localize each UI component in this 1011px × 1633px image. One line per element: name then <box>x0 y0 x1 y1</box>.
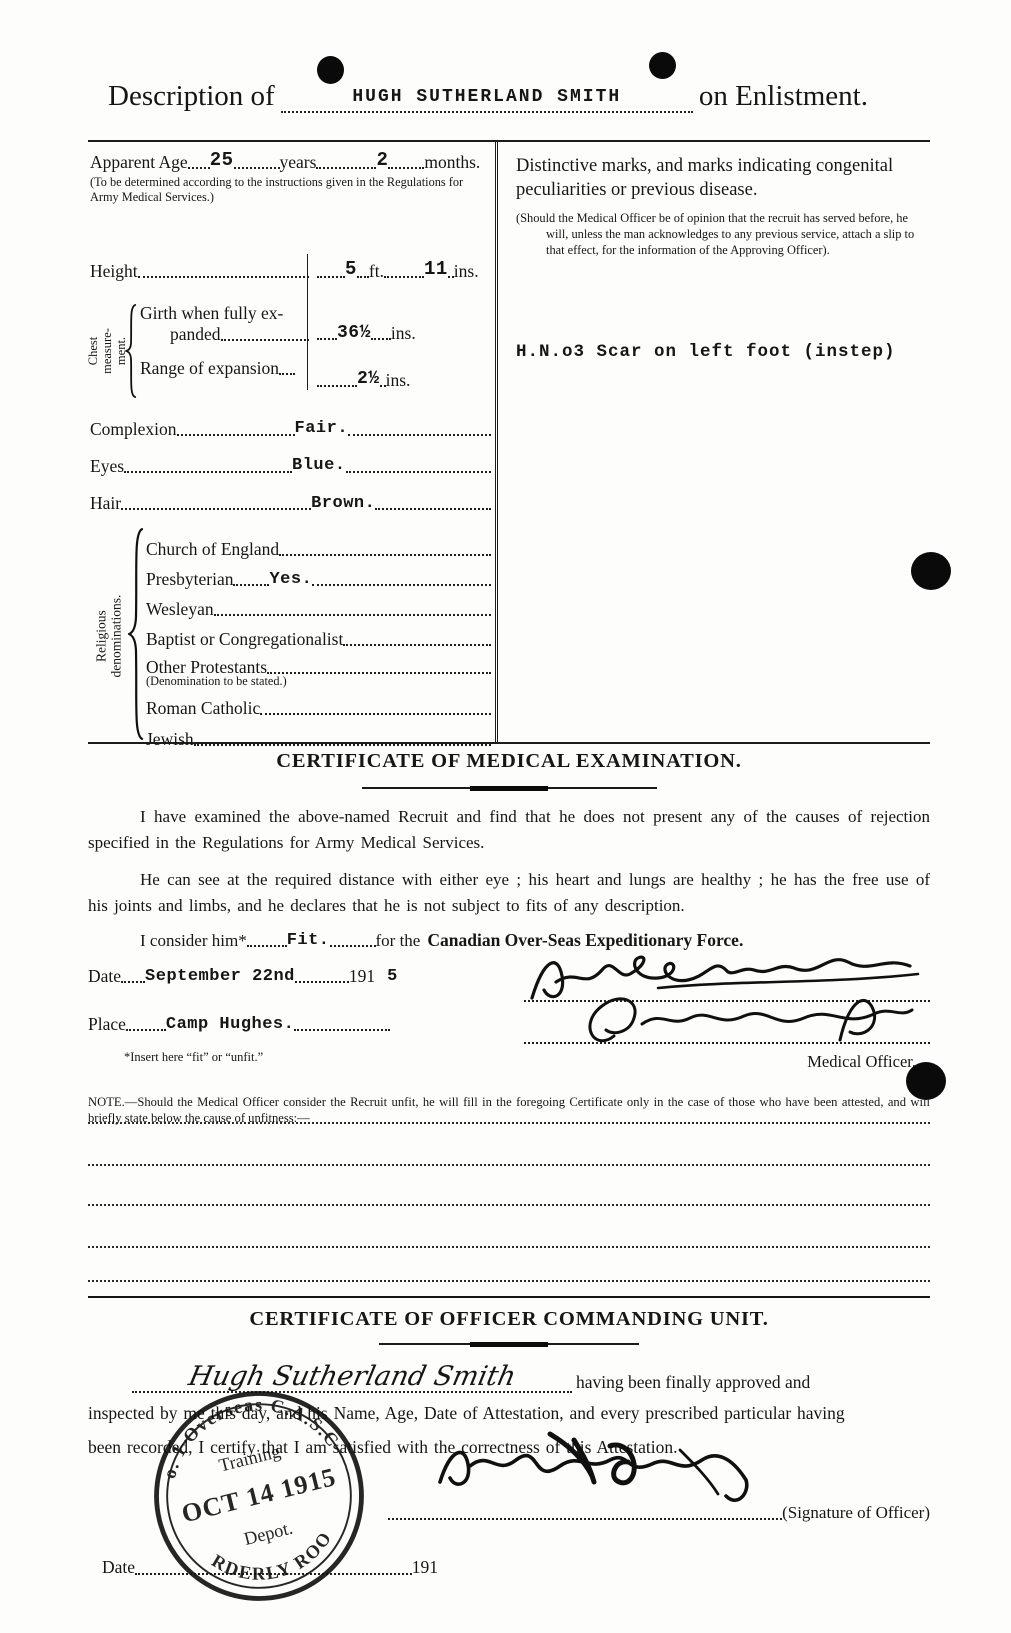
dotted-leader <box>317 385 357 387</box>
consider-prefix: I consider him* <box>140 931 247 951</box>
description-left-column: Apparent Age 25 years 2 months. (To be d… <box>88 142 495 742</box>
religion-group-label: Religious denominations. <box>93 595 123 678</box>
chest-measurement-group: Chest measure- ment. Girth when fully ex… <box>90 303 491 399</box>
medical-paragraph-2: He can see at the required distance with… <box>88 867 930 918</box>
ins-label: ins. <box>454 261 479 281</box>
stamp-line-depot: Depot. <box>242 1518 295 1549</box>
dotted-leader <box>317 276 345 278</box>
ft-label: ft. <box>369 261 384 281</box>
height-inches-value: 11 <box>424 259 448 281</box>
dotted-leader <box>177 434 295 436</box>
approved-line-suffix: having been finally approved and <box>572 1372 810 1393</box>
girth-label-line2: panded <box>170 324 221 344</box>
recruit-name-typed: HUGH SUTHERLAND SMITH <box>281 87 693 113</box>
age-years-value: 25 <box>210 150 234 172</box>
hair-row: Hair Brown. <box>90 493 491 513</box>
stamp-line-training: Training <box>217 1441 283 1476</box>
fitness-value: Fit. <box>287 931 330 951</box>
dotted-leader <box>214 614 491 616</box>
stamp-date: OCT 14 1915 <box>179 1462 339 1528</box>
religion-label: Church of England <box>146 539 279 559</box>
dotted-leader <box>357 276 369 278</box>
dotted-leader <box>188 167 210 169</box>
dotted-leader <box>388 167 424 169</box>
distinctive-marks-note: (Should the Medical Officer be of opinio… <box>516 211 920 259</box>
height-feet-value: 5 <box>345 259 357 281</box>
religion-row: Jewish <box>146 718 491 749</box>
apparent-age-note: (To be determined according to the instr… <box>90 175 482 205</box>
section-rule <box>379 1343 639 1345</box>
expansion-value: 2½ <box>357 369 380 390</box>
dotted-leader <box>233 584 269 586</box>
years-label: years <box>280 152 317 172</box>
exam-date-value: September 22nd <box>145 967 295 987</box>
complexion-value: Fair. <box>295 419 349 439</box>
religion-brace <box>126 527 146 741</box>
commanding-certificate-heading: CERTIFICATE OF OFFICER COMMANDING UNIT. <box>88 1308 930 1331</box>
dotted-leader <box>121 508 311 510</box>
age-months-value: 2 <box>376 150 388 172</box>
year-printed: 191 <box>412 1557 438 1578</box>
dotted-leader <box>295 981 349 983</box>
dotted-leader <box>267 672 491 674</box>
dotted-leader <box>279 554 491 556</box>
blank-line <box>88 1124 930 1166</box>
dotted-leader <box>330 945 376 947</box>
dotted-leader <box>124 471 292 473</box>
dotted-leader <box>384 276 424 278</box>
dotted-leader <box>371 338 391 340</box>
year-typed: 5 <box>387 967 398 987</box>
exam-date-row: Date September 22nd 191 5 <box>88 966 518 986</box>
complexion-label: Complexion <box>90 419 177 439</box>
distinctive-marks-column: Distinctive marks, and marks indicating … <box>495 142 930 742</box>
expansion-unit: ins. <box>386 370 411 390</box>
dotted-leader <box>194 744 491 746</box>
dotted-leader <box>221 339 309 341</box>
religion-value: Yes. <box>269 570 312 590</box>
religion-row: Other Protestants <box>146 649 491 677</box>
title-suffix: on Enlistment. <box>699 80 868 113</box>
dotted-leader <box>247 945 287 947</box>
medical-officer-signature <box>518 940 928 1060</box>
months-label: months. <box>424 152 480 172</box>
dotted-leader <box>348 434 491 436</box>
apparent-age-label: Apparent Age <box>90 152 188 172</box>
religion-row: Church of England <box>146 529 491 559</box>
signature-of-officer-label: (Signature of Officer) <box>782 1503 930 1523</box>
enlistment-form-page: Description of HUGH SUTHERLAND SMITH on … <box>0 0 1011 1633</box>
religion-row: Baptist or Congregationalist <box>146 619 491 649</box>
exam-place-value: Camp Hughes. <box>166 1015 294 1035</box>
ink-smudge <box>540 1416 670 1506</box>
distinctive-marks-heading: Distinctive marks, and marks indicating … <box>516 154 920 203</box>
form-title: Description of HUGH SUTHERLAND SMITH on … <box>108 80 868 113</box>
dotted-leader <box>126 1029 166 1031</box>
consider-mid: for the <box>376 931 421 951</box>
religion-label: Wesleyan <box>146 599 214 619</box>
eyes-label: Eyes <box>90 456 124 476</box>
unfitness-blank-lines <box>88 1105 930 1282</box>
title-prefix: Description of <box>108 80 275 113</box>
dotted-leader <box>316 167 376 169</box>
dotted-leader <box>121 981 145 983</box>
religion-row: Roman Catholic <box>146 689 491 718</box>
medical-certificate-section: CERTIFICATE OF MEDICAL EXAMINATION. I ha… <box>88 750 930 1127</box>
year-printed: 191 <box>349 966 375 986</box>
height-row: Height 5 ft. 11 ins. <box>90 259 491 281</box>
medical-certificate-heading: CERTIFICATE OF MEDICAL EXAMINATION. <box>88 750 930 773</box>
section-divider-rule <box>88 1296 930 1298</box>
religion-label: Presbyterian <box>146 569 233 589</box>
height-label: Height <box>90 261 138 281</box>
blank-line <box>88 1166 930 1206</box>
dotted-leader <box>138 276 309 278</box>
dotted-leader <box>375 508 491 510</box>
dotted-leader <box>317 338 337 340</box>
place-label: Place <box>88 1014 126 1034</box>
other-protestants-note: (Denomination to be stated.) <box>146 675 491 687</box>
girth-unit: ins. <box>391 323 416 343</box>
punch-hole-top-right <box>649 52 676 79</box>
date-label: Date <box>88 966 121 986</box>
date-label: Date <box>102 1557 135 1578</box>
dotted-leader <box>234 167 280 169</box>
religion-label: Jewish <box>146 729 194 749</box>
blank-line <box>88 1248 930 1282</box>
expansion-label: Range of expansion <box>140 358 279 378</box>
blank-line <box>88 1206 930 1248</box>
eyes-value: Blue. <box>292 456 346 476</box>
chest-group-label: Chest measure- ment. <box>86 328 128 374</box>
religion-row: Wesleyan <box>146 589 491 619</box>
section-rule <box>362 787 657 789</box>
dotted-leader <box>346 471 491 473</box>
dotted-leader <box>294 1029 390 1031</box>
date-signature-block: Date September 22nd 191 5 Place Camp Hug… <box>88 966 930 1084</box>
fit-footnote: *Insert here “fit” or “unfit.” <box>88 1050 518 1065</box>
religion-label: Roman Catholic <box>146 698 260 718</box>
religion-group: Religious denominations. Church of Engla… <box>90 527 491 745</box>
exam-place-row: Place Camp Hughes. <box>88 1014 518 1034</box>
religion-row: Presbyterian Yes. <box>146 559 491 589</box>
distinctive-marks-entry: H.N.o3 Scar on left foot (instep) <box>516 342 920 362</box>
blank-line <box>88 1105 930 1124</box>
apparent-age-row: Apparent Age 25 years 2 months. <box>90 150 491 172</box>
dotted-leader <box>343 644 491 646</box>
girth-value: 36½ <box>337 323 371 344</box>
eyes-row: Eyes Blue. <box>90 456 491 476</box>
description-table: Apparent Age 25 years 2 months. (To be d… <box>88 140 930 744</box>
hair-label: Hair <box>90 493 121 513</box>
complexion-row: Complexion Fair. <box>90 419 491 439</box>
girth-label-line1: Girth when fully ex- <box>140 303 309 324</box>
hair-value: Brown. <box>311 494 375 514</box>
dotted-leader <box>260 713 491 715</box>
medical-paragraph-1: I have examined the above-named Recruit … <box>88 804 930 855</box>
measurement-divider-line <box>307 254 308 390</box>
religion-label: Baptist or Congregationalist <box>146 629 343 649</box>
dotted-leader <box>279 373 295 375</box>
dotted-leader <box>312 584 491 586</box>
